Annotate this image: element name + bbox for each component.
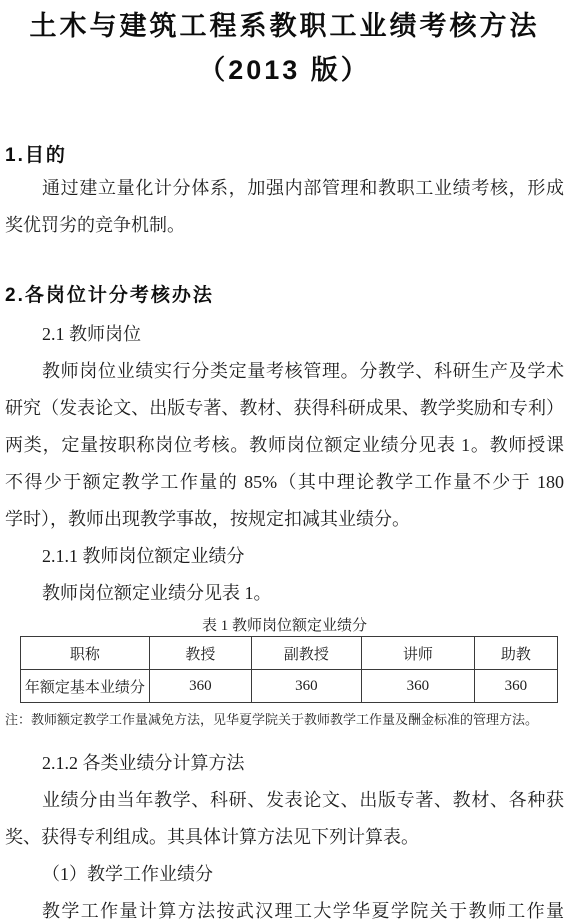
section-2-1-2-paragraph-line: 奖、获得专利组成。其具体计算方法见下列计算表。 xyxy=(5,819,564,856)
table-cell: 360 xyxy=(361,670,474,703)
table-header-cell: 副教授 xyxy=(251,637,361,670)
table-row-header: 职称 教授 副教授 讲师 助教 xyxy=(21,637,558,670)
table-header-cell: 教授 xyxy=(149,637,251,670)
table-1-caption: 表 1 教师岗位额定业绩分 xyxy=(5,616,564,636)
table-row-label: 年额定基本业绩分 xyxy=(21,670,150,703)
section-2-1-paragraph-line: 两类，定量按职称岗位考核。教师岗位额定业绩分见表 1。教师授课 xyxy=(5,427,564,464)
table-header-cell: 职称 xyxy=(21,637,150,670)
section-2-1-paragraph-line: 教师岗位业绩实行分类定量考核管理。分教学、科研生产及学术 xyxy=(5,353,564,390)
section-1-heading: 1.目的 xyxy=(5,144,564,168)
section-2-heading: 2.各岗位计分考核办法 xyxy=(5,284,564,308)
title-line-1: 土木与建筑工程系教职工业绩考核方法 xyxy=(5,8,564,44)
table-cell: 360 xyxy=(149,670,251,703)
item-1-heading: （1）教学工作业绩分 xyxy=(5,856,564,893)
table-row: 年额定基本业绩分 360 360 360 360 xyxy=(21,670,558,703)
table-cell: 360 xyxy=(474,670,557,703)
section-1-paragraph-line: 通过建立量化计分体系，加强内部管理和教职工业绩考核，形成 xyxy=(5,170,564,207)
section-2-1-1-paragraph-line: 教师岗位额定业绩分见表 1。 xyxy=(5,575,564,612)
document-page: 土木与建筑工程系教职工业绩考核方法 （2013 版） 1.目的 通过建立量化计分… xyxy=(0,0,569,924)
item-1-paragraph-line: 教学工作量计算方法按武汉理工大学华夏学院关于教师工作量 xyxy=(5,893,564,924)
table-1: 职称 教授 副教授 讲师 助教 年额定基本业绩分 360 360 360 360 xyxy=(20,636,558,703)
section-2-1-paragraph-line: 学时），教师出现教学事故，按规定扣减其业绩分。 xyxy=(5,501,564,538)
section-2-1-paragraph-line: 研究（发表论文、出版专著、教材、获得科研成果、教学奖励和专利） xyxy=(5,390,564,427)
section-2-1-1-heading: 2.1.1 教师岗位额定业绩分 xyxy=(5,538,564,575)
section-1-paragraph-line: 奖优罚劣的竞争机制。 xyxy=(5,207,564,244)
section-2-1-2-paragraph-line: 业绩分由当年教学、科研、发表论文、出版专著、教材、各种获 xyxy=(5,782,564,819)
title-line-2: （2013 版） xyxy=(5,52,564,88)
document-title: 土木与建筑工程系教职工业绩考核方法 （2013 版） xyxy=(5,8,564,88)
table-cell: 360 xyxy=(251,670,361,703)
section-2-1-2-heading: 2.1.2 各类业绩分计算方法 xyxy=(5,745,564,782)
section-2-1-heading: 2.1 教师岗位 xyxy=(5,316,564,353)
section-2-1-paragraph-line: 不得少于额定教学工作量的 85%（其中理论教学工作量不少于 180 xyxy=(5,464,564,501)
table-header-cell: 助教 xyxy=(474,637,557,670)
table-header-cell: 讲师 xyxy=(361,637,474,670)
table-1-note: 注：教师额定教学工作量减免方法，见华夏学院关于教师教学工作量及酬金标准的管理方法… xyxy=(5,711,564,729)
